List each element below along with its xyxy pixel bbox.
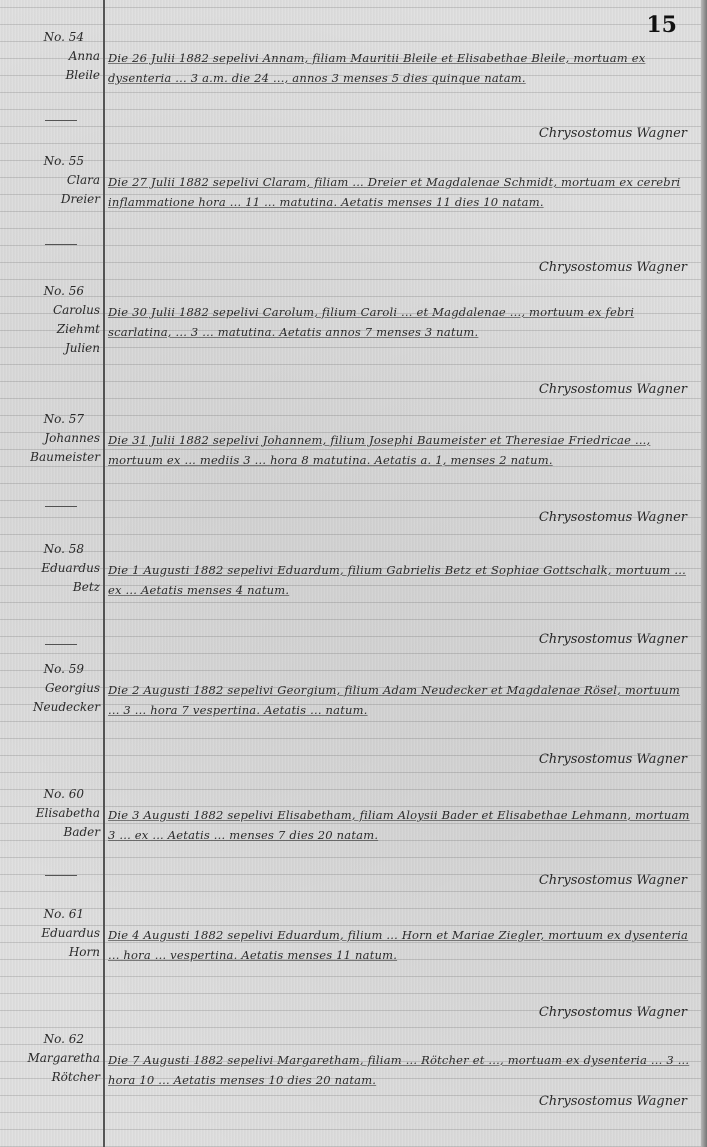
entry-number: No. 55 (8, 152, 100, 171)
entry-signature: Chrysostomus Wagner (539, 382, 687, 397)
entry-margin: No. 59 Georgius Neudecker (8, 660, 100, 717)
entry-name: Clara (67, 173, 100, 187)
entry-name: Carolus (53, 303, 100, 317)
entry-text: Die 31 Julii 1882 sepelivi Johannem, fil… (108, 430, 693, 470)
margin-rule (103, 0, 105, 1147)
entry-signature: Chrysostomus Wagner (539, 260, 687, 275)
entry-number: No. 62 (8, 1030, 100, 1049)
entry-text: Die 3 Augusti 1882 sepelivi Elisabetham,… (108, 805, 693, 845)
entry-margin: No. 54 Anna Bleile (8, 28, 100, 85)
entry-name-2: Ziehmt (57, 322, 100, 336)
entry-text: Die 7 Augusti 1882 sepelivi Margaretham,… (108, 1050, 693, 1090)
separator-dash (45, 644, 77, 645)
entry-surname: Betz (73, 580, 100, 594)
entry-name: Eduardus (41, 926, 100, 940)
entry-name: Eduardus (41, 561, 100, 575)
entry-signature: Chrysostomus Wagner (539, 126, 687, 141)
entry-number: No. 58 (8, 540, 100, 559)
entry-name: Georgius (45, 681, 100, 695)
entry-signature: Chrysostomus Wagner (539, 752, 687, 767)
entry-number: No. 61 (8, 905, 100, 924)
page-edge (701, 0, 707, 1147)
entry-number: No. 57 (8, 410, 100, 429)
entry-text: Die 1 Augusti 1882 sepelivi Eduardum, fi… (108, 560, 693, 600)
entry-signature: Chrysostomus Wagner (539, 1094, 687, 1109)
entry-surname: Dreier (61, 192, 100, 206)
entry-signature: Chrysostomus Wagner (539, 510, 687, 525)
entry-surname: Baumeister (30, 450, 100, 464)
entry-number: No. 56 (8, 282, 100, 301)
page-number: 15 (646, 12, 677, 38)
entry-margin: No. 56 Carolus Ziehmt Julien (8, 282, 100, 358)
entry-number: No. 59 (8, 660, 100, 679)
entry-surname: Bader (64, 825, 101, 839)
entry-text: Die 4 Augusti 1882 sepelivi Eduardum, fi… (108, 925, 693, 965)
entry-name: Margaretha (27, 1051, 100, 1065)
entry-surname: Bleile (65, 68, 100, 82)
entry-surname: Horn (69, 945, 100, 959)
entry-margin: No. 58 Eduardus Betz (8, 540, 100, 597)
separator-dash (45, 875, 77, 876)
entry-name: Anna (69, 49, 100, 63)
entry-name: Elisabetha (36, 806, 100, 820)
entry-margin: No. 57 Johannes Baumeister (8, 410, 100, 467)
entry-margin: No. 61 Eduardus Horn (8, 905, 100, 962)
entry-signature: Chrysostomus Wagner (539, 873, 687, 888)
entry-name: Johannes (44, 431, 100, 445)
entry-surname: Julien (65, 341, 100, 355)
entry-margin: No. 60 Elisabetha Bader (8, 785, 100, 842)
entry-number: No. 60 (8, 785, 100, 804)
entry-signature: Chrysostomus Wagner (539, 1005, 687, 1020)
entry-text: Die 30 Julii 1882 sepelivi Carolum, fili… (108, 302, 693, 342)
entry-text: Die 2 Augusti 1882 sepelivi Georgium, fi… (108, 680, 693, 720)
entry-signature: Chrysostomus Wagner (539, 632, 687, 647)
entry-number: No. 54 (8, 28, 100, 47)
entry-surname: Rötcher (52, 1070, 100, 1084)
entry-text: Die 26 Julii 1882 sepelivi Annam, filiam… (108, 48, 693, 88)
entry-text: Die 27 Julii 1882 sepelivi Claram, filia… (108, 172, 693, 212)
separator-dash (45, 120, 77, 121)
entry-margin: No. 62 Margaretha Rötcher (8, 1030, 100, 1087)
entry-margin: No. 55 Clara Dreier (8, 152, 100, 209)
separator-dash (45, 244, 77, 245)
register-page: 15 No. 54 Anna Bleile Die 26 Julii 1882 … (0, 0, 707, 1147)
separator-dash (45, 506, 77, 507)
entry-surname: Neudecker (33, 700, 100, 714)
